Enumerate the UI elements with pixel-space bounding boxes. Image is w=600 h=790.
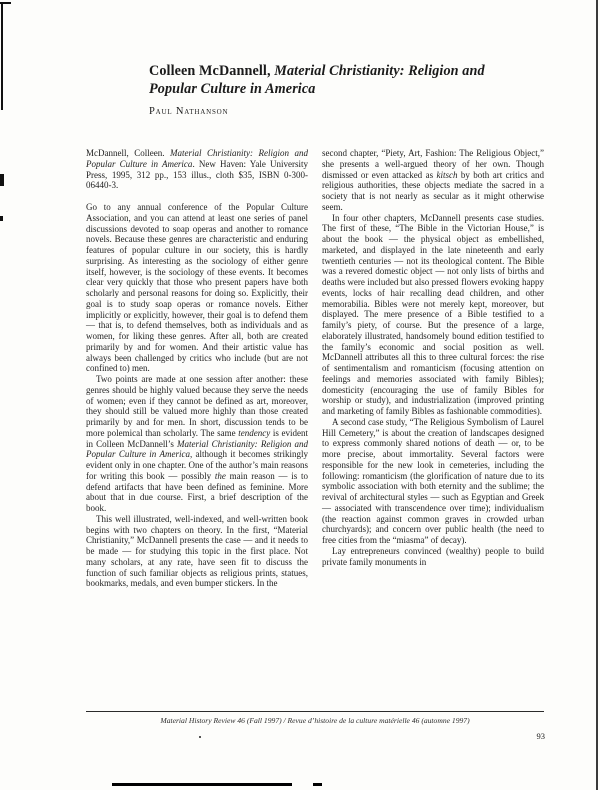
left-column: McDannell, Colleen. Material Christianit… — [86, 148, 308, 589]
scanned-journal-page: Colleen McDannell, Material Christianity… — [0, 0, 600, 790]
scan-artifact-left-edge-line — [1, 2, 3, 110]
scan-artifact-left-blob-upper — [0, 174, 4, 186]
review-title: Colleen McDannell, Material Christianity… — [149, 62, 549, 98]
right-column-paragraph-3: Lay entrepreneurs convinced (wealthy) pe… — [322, 546, 544, 568]
footer-rule — [86, 711, 544, 712]
scan-artifact-footer-dot — [199, 736, 201, 738]
scan-artifact-bottom-bar — [112, 783, 292, 786]
scan-artifact-bottom-dash — [313, 783, 322, 786]
book-author-name: Colleen McDannell, — [149, 63, 274, 79]
reviewer-name: Paul Nathanson — [149, 106, 228, 117]
page-number: 93 — [499, 731, 545, 741]
right-column-paragraph-1: In four other chapters, McDannell presen… — [322, 213, 544, 417]
book-title-part2: Popular Culture in America — [149, 81, 315, 97]
right-column: second chapter, “Piety, Art, Fashion: Th… — [322, 148, 544, 567]
right-column-paragraph-2: A second case study, “The Religious Symb… — [322, 417, 544, 546]
journal-footer-line: Material History Review 46 (Fall 1997) /… — [86, 716, 544, 725]
scan-artifact-left-blob-lower — [0, 216, 3, 221]
left-column-paragraph-1: Go to any annual conference of the Popul… — [86, 202, 308, 374]
scan-artifact-top-left-tick — [0, 2, 11, 4]
right-column-paragraph-0: second chapter, “Piety, Art, Fashion: Th… — [322, 148, 544, 213]
scan-artifact-right-edge-line — [596, 0, 598, 790]
left-column-paragraph-2: Two points are made at one session after… — [86, 374, 308, 514]
citation-block: McDannell, Colleen. Material Christianit… — [86, 148, 308, 191]
book-title-part1: Material Christianity: Religion and — [274, 63, 484, 79]
left-column-paragraph-3: This well illustrated, well-indexed, and… — [86, 514, 308, 589]
